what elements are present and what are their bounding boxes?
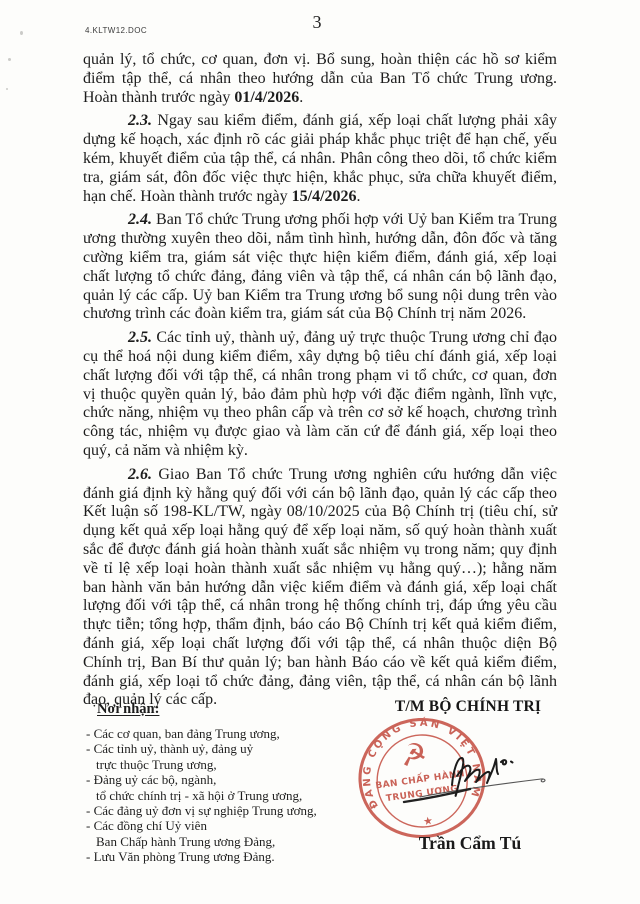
scan-speck [20, 31, 23, 35]
document-body: quản lý, tổ chức, cơ quan, đơn vị. Bổ su… [83, 51, 557, 715]
recipient-list: - Các cơ quan, ban đảng Trung ương, - Cá… [86, 726, 356, 865]
recipient-item: - Các tỉnh uỷ, thành uỷ, đảng uỷ [86, 741, 356, 756]
deadline-date: 15/4/2026 [292, 188, 357, 205]
signer-name: Trần Cẩm Tú [340, 833, 600, 854]
section-number: 2.3. [128, 112, 152, 129]
recipient-item-continuation: Ban Chấp hành Trung ương Đảng, [86, 834, 356, 849]
scan-speck [6, 88, 8, 90]
deadline-date: 01/4/2026 [234, 89, 299, 106]
recipient-item: - Các đồng chí Uỷ viên [86, 818, 356, 833]
signature-ink [360, 745, 556, 830]
page-number: 3 [0, 12, 634, 33]
paragraph-continuation: quản lý, tổ chức, cơ quan, đơn vị. Bổ su… [83, 51, 557, 107]
paragraph-2-6: 2.6. Giao Ban Tổ chức Trung ương nghiên … [83, 466, 557, 710]
scan-speck [8, 58, 11, 61]
signing-authority: T/M BỘ CHÍNH TRỊ [338, 698, 598, 716]
section-number: 2.6. [128, 466, 152, 483]
recipient-item: - Các đảng uỷ đơn vị sự nghiệp Trung ươn… [86, 803, 356, 818]
paragraph-text: Các tỉnh uỷ, thành uỷ, đảng uỷ trực thuộ… [83, 329, 557, 459]
paragraph-2-4: 2.4. Ban Tổ chức Trung ương phối hợp với… [83, 211, 557, 324]
recipients-heading: Nơi nhận: [97, 701, 356, 718]
paragraph-text: . [299, 89, 303, 106]
recipient-item-continuation: trực thuộc Trung ương, [86, 757, 356, 772]
paragraph-text: . [357, 188, 361, 205]
signature-long-stroke [420, 779, 545, 797]
recipients-block: Nơi nhận: - Các cơ quan, ban đảng Trung … [86, 701, 356, 865]
recipient-item: - Lưu Văn phòng Trung ương Đảng. [86, 849, 356, 864]
paragraph-2-5: 2.5. Các tỉnh uỷ, thành uỷ, đảng uỷ trực… [83, 329, 557, 461]
recipient-item-continuation: tổ chức chính trị - xã hội ở Trung ương, [86, 788, 356, 803]
recipient-item: - Đảng uỷ các bộ, ngành, [86, 772, 356, 787]
paragraph-2-3: 2.3. Ngay sau kiểm điểm, đánh giá, xếp l… [83, 112, 557, 206]
paragraph-text: Ban Tổ chức Trung ương phối hợp với Uỷ b… [83, 211, 557, 322]
paragraph-text: quản lý, tổ chức, cơ quan, đơn vị. Bổ su… [83, 51, 557, 106]
section-number: 2.5. [128, 329, 152, 346]
paragraph-text: Giao Ban Tổ chức Trung ương nghiên cứu h… [83, 466, 557, 709]
signature-tail-mark [501, 760, 513, 764]
signature-underline [404, 789, 470, 802]
section-number: 2.4. [128, 211, 152, 228]
document-page: 4.KLTW12.DOC 3 quản lý, tổ chức, cơ quan… [0, 0, 640, 904]
recipient-item: - Các cơ quan, ban đảng Trung ương, [86, 726, 356, 741]
